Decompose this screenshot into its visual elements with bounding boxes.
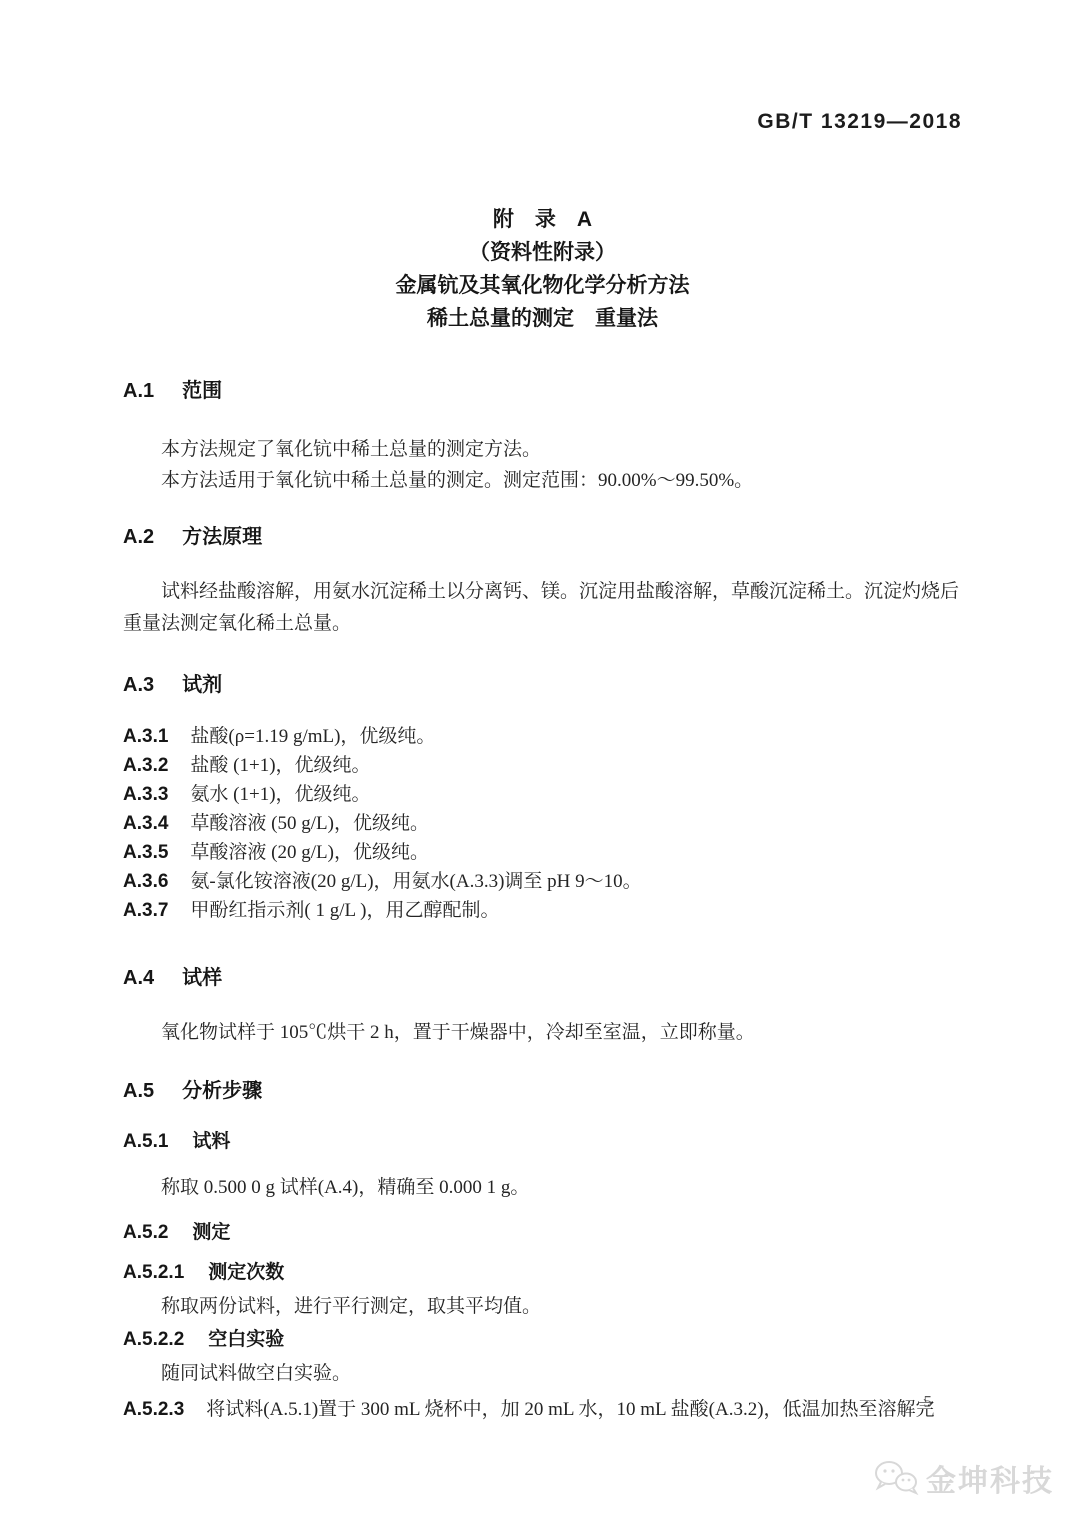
appendix-title-block: 附 录 A （资料性附录） 金属钪及其氧化物化学分析方法 稀土总量的测定 重量法 — [123, 203, 962, 335]
reagent-item: A.3.4草酸溶液 (50 g/L)，优级纯。 — [123, 809, 962, 838]
appendix-label: 附 录 A — [123, 203, 962, 236]
reagent-number: A.3.1 — [123, 726, 168, 747]
reagent-item: A.3.5草酸溶液 (20 g/L)，优级纯。 — [123, 838, 962, 867]
reagent-number: A.3.5 — [123, 842, 168, 863]
paragraph: 称取 0.500 0 g 试样(A.4)，精确至 0.000 1 g。 — [123, 1172, 962, 1203]
reagent-number: A.3.3 — [123, 784, 168, 805]
reagent-list: A.3.1盐酸(ρ=1.19 g/mL)，优级纯。 A.3.2盐酸 (1+1)，… — [123, 722, 962, 925]
section-heading-a2: A.2方法原理 — [123, 524, 962, 550]
paragraph: 将试料(A.5.1)置于 300 mL 烧杯中，加 20 mL 水，10 mL … — [206, 1399, 934, 1420]
reagent-text: 氨水 (1+1)，优级纯。 — [190, 784, 370, 805]
paragraph: 氧化物试样于 105℃烘干 2 h，置于干燥器中，冷却至室温，立即称量。 — [123, 1017, 962, 1048]
section-number: A.3 — [123, 674, 154, 696]
standard-number: GB/T 13219—2018 — [757, 110, 962, 134]
page-content: 附 录 A （资料性附录） 金属钪及其氧化物化学分析方法 稀土总量的测定 重量法… — [123, 203, 962, 1425]
section-heading-a1: A.1范围 — [123, 378, 962, 404]
section-number: A.5.1 — [123, 1131, 168, 1152]
paragraph: 称取两份试料，进行平行测定，取其平均值。 — [123, 1291, 962, 1322]
section-number: A.1 — [123, 380, 154, 402]
appendix-type: （资料性附录） — [123, 236, 962, 269]
section-title: 范围 — [182, 380, 222, 402]
section-heading-a5-2: A.5.2测定 — [123, 1221, 962, 1245]
section-title: 试剂 — [182, 674, 222, 696]
section-heading-a4: A.4试样 — [123, 965, 962, 991]
reagent-text: 氨-氯化铵溶液(20 g/L)，用氨水(A.3.3)调至 pH 9～10。 — [190, 871, 641, 892]
section-number: A.5.2.1 — [123, 1262, 184, 1283]
section-title: 方法原理 — [182, 526, 262, 548]
paragraph: 本方法适用于氧化钪中稀土总量的测定。测定范围：90.00%～99.50%。 — [123, 465, 962, 496]
reagent-item: A.3.2盐酸 (1+1)，优级纯。 — [123, 751, 962, 780]
wechat-icon — [873, 1459, 919, 1497]
document-page: GB/T 13219—2018 附 录 A （资料性附录） 金属钪及其氧化物化学… — [0, 0, 1080, 1528]
page-number: 5 — [924, 1392, 933, 1412]
reagent-text: 盐酸(ρ=1.19 g/mL)，优级纯。 — [190, 726, 435, 747]
reagent-item: A.3.7甲酚红指示剂( 1 g/L )，用乙醇配制。 — [123, 896, 962, 925]
reagent-item: A.3.6氨-氯化铵溶液(20 g/L)，用氨水(A.3.3)调至 pH 9～1… — [123, 867, 962, 896]
paragraph: 本方法规定了氧化钪中稀土总量的测定方法。 — [123, 434, 962, 465]
section-number: A.5.2.3 — [123, 1399, 184, 1420]
section-heading-a3: A.3试剂 — [123, 672, 962, 698]
section-number: A.5 — [123, 1080, 154, 1102]
reagent-number: A.3.6 — [123, 871, 168, 892]
section-heading-a5-1: A.5.1试料 — [123, 1130, 962, 1154]
section-title: 试样 — [182, 967, 222, 989]
reagent-number: A.3.4 — [123, 813, 168, 834]
section-number: A.2 — [123, 526, 154, 548]
reagent-text: 草酸溶液 (50 g/L)，优级纯。 — [190, 813, 429, 834]
reagent-number: A.3.7 — [123, 900, 168, 921]
section-number: A.5.2.2 — [123, 1329, 184, 1350]
reagent-text: 盐酸 (1+1)，优级纯。 — [190, 755, 370, 776]
section-title: 分析步骤 — [182, 1080, 262, 1102]
section-title: 试料 — [192, 1131, 230, 1152]
paragraph: 试料经盐酸溶解，用氨水沉淀稀土以分离钙、镁。沉淀用盐酸溶解，草酸沉淀稀土。沉淀灼… — [123, 576, 962, 640]
section-number: A.4 — [123, 967, 154, 989]
section-title: 测定 — [192, 1222, 230, 1243]
section-heading-a5-2-1: A.5.2.1测定次数 — [123, 1261, 962, 1285]
watermark: 金坤科技 — [873, 1456, 1054, 1500]
reagent-number: A.3.2 — [123, 755, 168, 776]
watermark-text: 金坤科技 — [926, 1456, 1054, 1500]
section-title: 空白实验 — [208, 1329, 284, 1350]
section-heading-a5: A.5分析步骤 — [123, 1078, 962, 1104]
section-number: A.5.2 — [123, 1222, 168, 1243]
appendix-method-title: 金属钪及其氧化物化学分析方法 — [123, 269, 962, 302]
appendix-subtitle: 稀土总量的测定 重量法 — [123, 302, 962, 335]
section-heading-a5-2-2: A.5.2.2空白实验 — [123, 1328, 962, 1352]
reagent-text: 甲酚红指示剂( 1 g/L )，用乙醇配制。 — [190, 900, 499, 921]
paragraph: 随同试料做空白实验。 — [123, 1358, 962, 1389]
section-a5-2-3: A.5.2.3将试料(A.5.1)置于 300 mL 烧杯中，加 20 mL 水… — [123, 1395, 962, 1425]
reagent-text: 草酸溶液 (20 g/L)，优级纯。 — [190, 842, 429, 863]
reagent-item: A.3.3氨水 (1+1)，优级纯。 — [123, 780, 962, 809]
section-title: 测定次数 — [208, 1262, 284, 1283]
reagent-item: A.3.1盐酸(ρ=1.19 g/mL)，优级纯。 — [123, 722, 962, 751]
